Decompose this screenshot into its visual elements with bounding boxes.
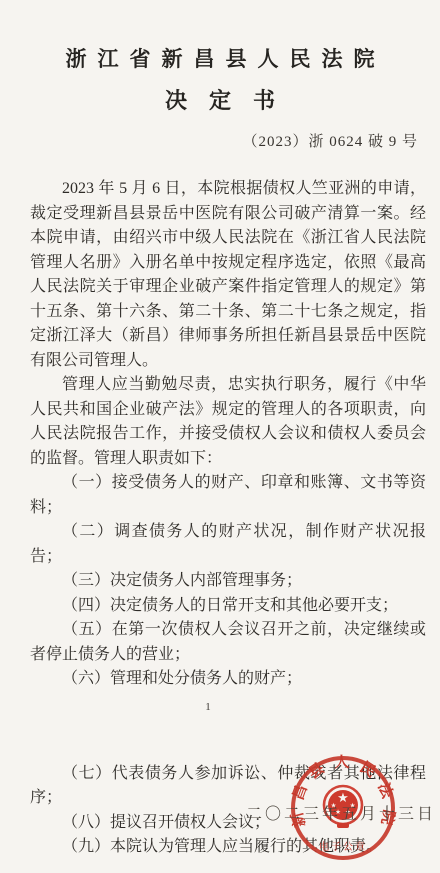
court-decision-document: 浙江省新昌县人民法院 决定书 （2023）浙 0624 破 9 号 2023 年…: [0, 0, 440, 873]
document-type-title: 决定书: [0, 86, 440, 116]
duty-item-6: （六）管理和处分债务人的财产；: [30, 667, 426, 692]
court-name-title: 浙江省新昌县人民法院: [0, 0, 440, 74]
decision-date: 二〇二三年五月十三日: [246, 804, 440, 826]
seal-bottom-text: 电子公章: [319, 840, 367, 853]
document-body-page1: 2023 年 5 月 6 日，本院根据债权人竺亚洲的申请，裁定受理新昌县景岳中医…: [0, 177, 440, 692]
duty-item-5: （五）在第一次债权人会议召开之前，决定继续或者停止债务人的营业；: [30, 618, 426, 667]
paragraph-duties-intro: 管理人应当勤勉尽责，忠实执行职务，履行《中华人民共和国企业破产法》规定的管理人的…: [30, 373, 426, 471]
duty-item-3: （三）决定债务人内部管理事务；: [30, 569, 426, 594]
duty-item-4: （四）决定债务人的日常开支和其他必要开支；: [30, 594, 426, 619]
duty-item-2: （二）调查债务人的财产状况，制作财产状况报告；: [30, 520, 426, 569]
duty-item-1: （一）接受债务人的财产、印章和账簿、文书等资料；: [30, 471, 426, 520]
page-number: 1: [0, 700, 440, 714]
paragraph-ruling: 2023 年 5 月 6 日，本院根据债权人竺亚洲的申请，裁定受理新昌县景岳中医…: [30, 177, 426, 373]
case-number: （2023）浙 0624 破 9 号: [0, 132, 418, 153]
